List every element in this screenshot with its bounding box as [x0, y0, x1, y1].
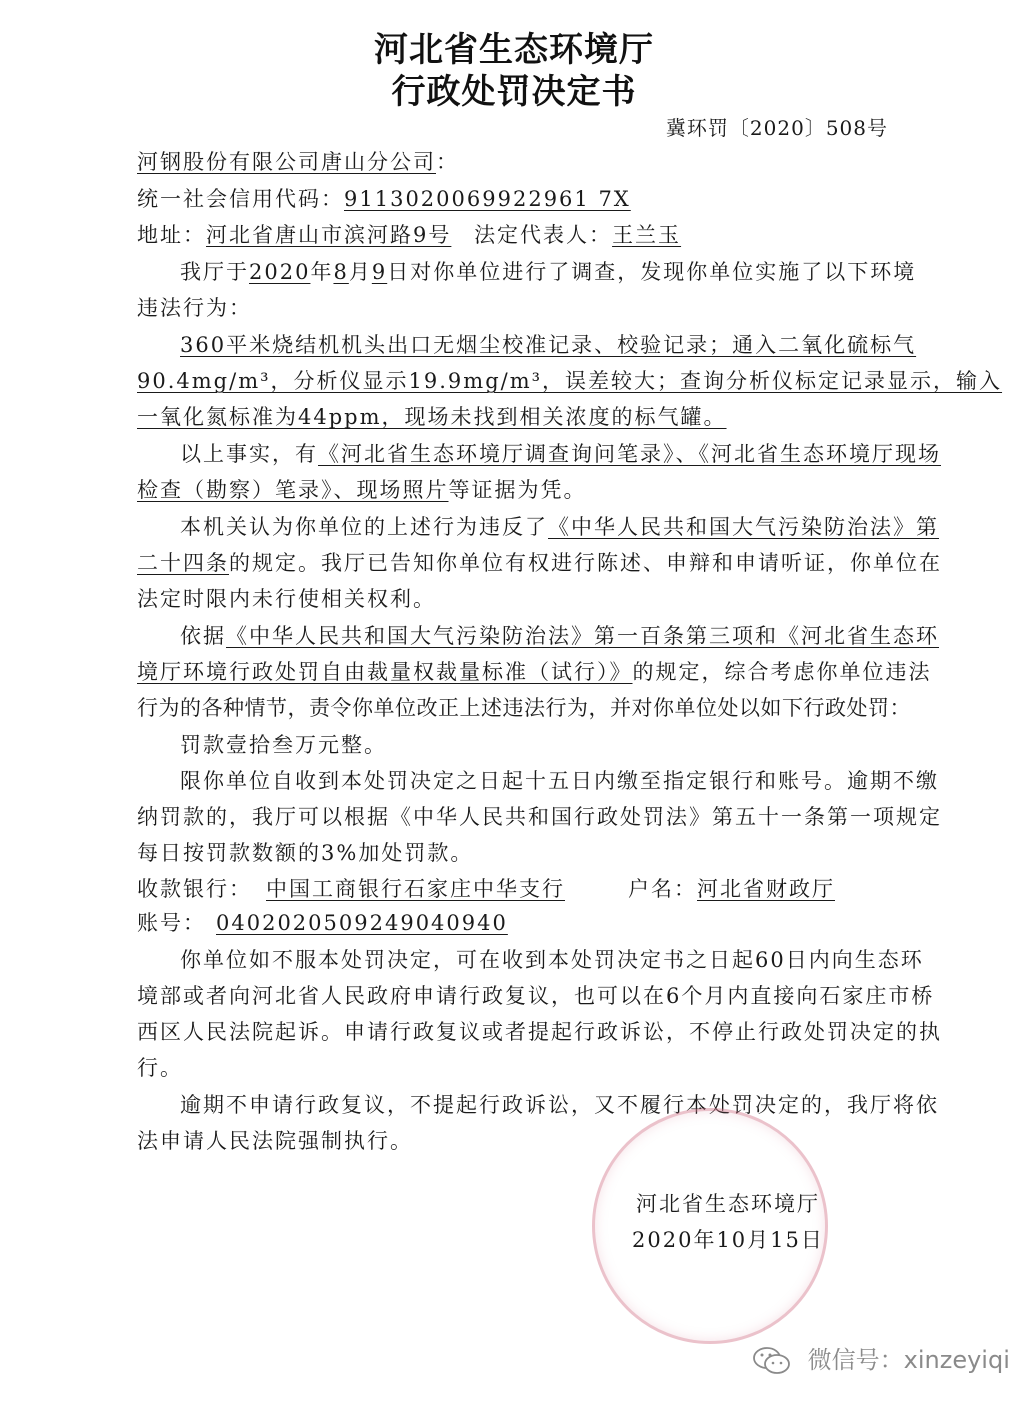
payment-line-3: 每日按罚款数额的3%加处罚款。 — [137, 837, 473, 867]
account-no-line: 账号：0402020509249040940 — [137, 907, 518, 937]
party-name-line: 河钢股份有限公司唐山分公司： — [137, 146, 459, 176]
basis-line-2: 境厅环境行政处罚自由裁量权裁量标准（试行）》的规定，综合考虑你单位违法 — [137, 656, 932, 686]
payment-line-1: 限你单位自收到本处罚决定之日起十五日内缴至指定银行和账号。逾期不缴 — [180, 765, 939, 795]
signature-date: 2020年10月15日 — [632, 1224, 824, 1254]
appeal-line-3: 西区人民法院起诉。申请行政复议或者提起行政诉讼，不停止行政处罚决定的执 — [137, 1016, 942, 1046]
investigation-para: 我厅于2020年8月9日对你单位进行了调查，发现你单位实施了以下环境 — [180, 256, 916, 286]
account-name-line: 户名：河北省财政厅 — [628, 873, 835, 903]
bank-name: 中国工商银行石家庄中华支行 — [252, 877, 579, 901]
account-name: 河北省财政厅 — [697, 877, 835, 901]
regulation-line-3: 法定时限内未行使相关权利。 — [137, 583, 436, 613]
fine-amount: 罚款壹拾叁万元整。 — [180, 729, 387, 759]
basis-line-3: 行为的各种情节，责令你单位改正上述违法行为，并对你单位处以如下行政处罚： — [137, 692, 911, 722]
investigation-para-cont: 违法行为： — [137, 292, 252, 322]
violation-line-1: 360平米烧结机机头出口无烟尘校准记录、校验记录；通入二氧化硫标气 — [180, 329, 916, 359]
payment-line-2: 纳罚款的，我厅可以根据《中华人民共和国行政处罚法》第五十一条第一项规定 — [137, 801, 942, 831]
regulation-line-1: 本机关认为你单位的上述行为违反了《中华人民共和国大气污染防治法》第 — [180, 511, 939, 541]
basis-line-1: 依据《中华人民共和国大气污染防治法》第一百条第三项和《河北省生态环 — [180, 620, 939, 650]
enforcement-line-2: 法申请人民法院强制执行。 — [137, 1125, 413, 1155]
violation-line-3: 一氧化氮标准为44ppm，现场未找到相关浓度的标气罐。 — [137, 401, 727, 431]
watermark-text: 微信号：xinzeyiqi — [808, 1346, 1010, 1374]
address-line: 地址：河北省唐山市滨河路9号 法定代表人：王兰玉 — [137, 219, 681, 249]
address: 河北省唐山市滨河路9号 — [206, 223, 451, 247]
wechat-icon — [752, 1346, 808, 1374]
credit-code-line: 统一社会信用代码：9113020069922961 7X — [137, 183, 631, 213]
appeal-line-1: 你单位如不服本处罚决定，可在收到本处罚决定书之日起60日内向生态环 — [180, 944, 924, 974]
doc-number: 冀环罚〔2020〕508号 — [666, 112, 888, 141]
account-no: 0402020509249040940 — [206, 911, 518, 935]
bank-line: 收款银行：中国工商银行石家庄中华支行 — [137, 873, 579, 903]
party-name: 河钢股份有限公司唐山分公司 — [137, 150, 436, 174]
legal-rep: 王兰玉 — [612, 223, 681, 247]
evidence-line-2: 检查（勘察）笔录》、现场照片等证据为凭。 — [137, 474, 587, 504]
signature-org: 河北省生态环境厅 — [636, 1188, 820, 1218]
appeal-line-4: 行。 — [137, 1052, 183, 1082]
doc-title-type: 行政处罚决定书 — [0, 64, 1028, 113]
regulation-line-2: 二十四条的规定。我厅已告知你单位有权进行陈述、申辩和申请听证，你单位在 — [137, 547, 942, 577]
credit-code: 9113020069922961 7X — [344, 187, 631, 211]
evidence-line-1: 以上事实，有《河北省生态环境厅调查询问笔录》、《河北省生态环境厅现场 — [180, 438, 941, 468]
enforcement-line-1: 逾期不申请行政复议，不提起行政诉讼，又不履行本处罚决定的，我厅将依 — [180, 1089, 939, 1119]
credit-code-label: 统一社会信用代码： — [137, 187, 344, 211]
violation-line-2: 90.4mg/m³，分析仪显示19.9mg/m³，误差较大；查询分析仪标定记录显… — [137, 365, 1002, 395]
appeal-line-2: 境部或者向河北省人民政府申请行政复议，也可以在6个月内直接向石家庄市桥 — [137, 980, 934, 1010]
watermark: 微信号：xinzeyiqi — [752, 1340, 1010, 1376]
